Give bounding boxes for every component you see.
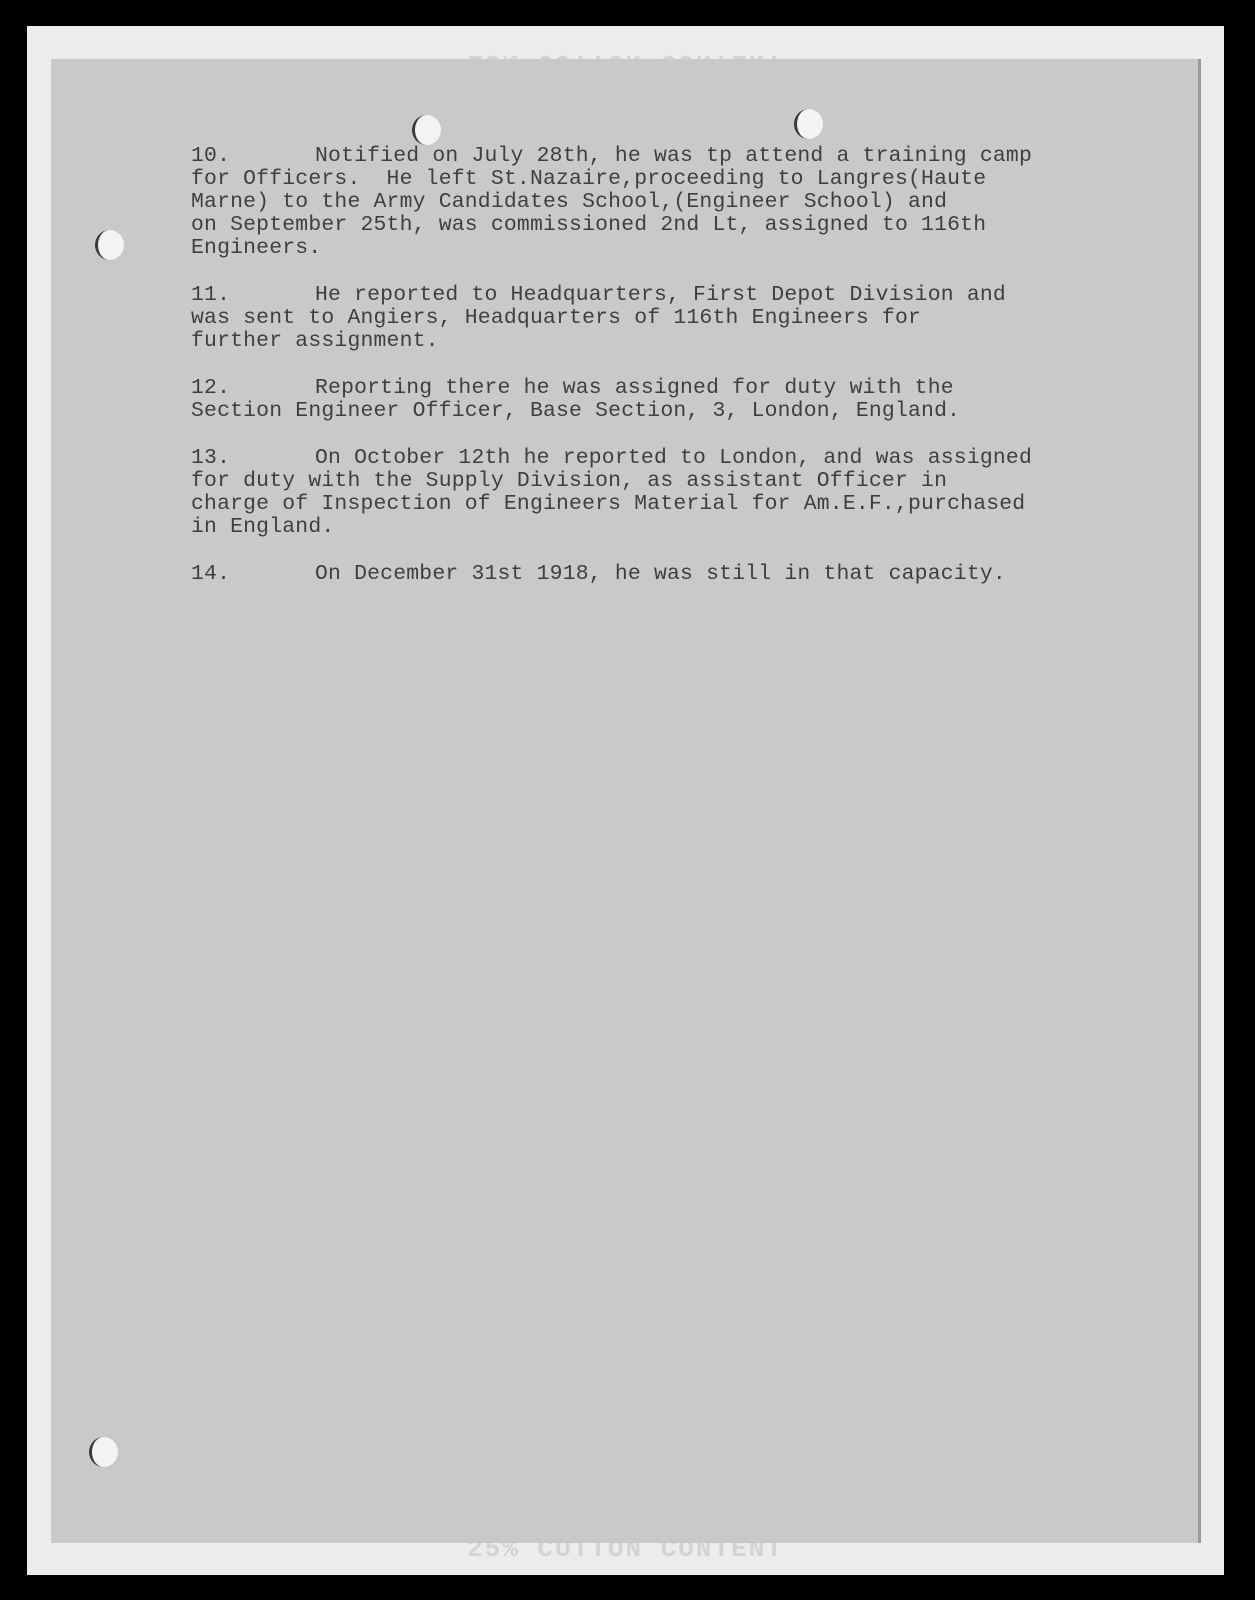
paragraph-first-line: Notified on July 28th, he was tp attend … <box>315 144 1032 168</box>
paragraph-number: 13. <box>191 447 315 470</box>
paragraph-11: 11.He reported to Headquarters, First De… <box>191 284 1151 353</box>
paragraph-number: 12. <box>191 377 315 400</box>
document-body: 10.Notified on July 28th, he was tp atte… <box>191 145 1151 610</box>
punch-hole <box>794 109 823 139</box>
paragraph-continuation: for duty with the Supply Division, as as… <box>191 469 1025 539</box>
paragraph-first-line: On October 12th he reported to London, a… <box>315 446 1032 470</box>
paragraph-continuation: for Officers. He left St.Nazaire,proceed… <box>191 167 986 260</box>
paragraph-13: 13.On October 12th he reported to London… <box>191 447 1151 539</box>
paragraph-number: 14. <box>191 563 315 586</box>
paragraph-10: 10.Notified on July 28th, he was tp atte… <box>191 145 1151 260</box>
paragraph-continuation: Section Engineer Officer, Base Section, … <box>191 399 960 423</box>
punch-hole <box>412 115 441 145</box>
paragraph-number: 11. <box>191 284 315 307</box>
typed-page: 10.Notified on July 28th, he was tp atte… <box>51 59 1198 1543</box>
paragraph-first-line: He reported to Headquarters, First Depot… <box>315 283 1006 307</box>
paragraph-first-line: On December 31st 1918, he was still in t… <box>315 562 1006 586</box>
paragraph-first-line: Reporting there he was assigned for duty… <box>315 376 954 400</box>
punch-hole <box>95 230 124 260</box>
paragraph-number: 10. <box>191 145 315 168</box>
paragraph-12: 12.Reporting there he was assigned for d… <box>191 377 1151 423</box>
paragraph-continuation: was sent to Angiers, Headquarters of 116… <box>191 306 921 353</box>
paragraph-14: 14.On December 31st 1918, he was still i… <box>191 563 1151 586</box>
punch-hole <box>89 1437 118 1467</box>
